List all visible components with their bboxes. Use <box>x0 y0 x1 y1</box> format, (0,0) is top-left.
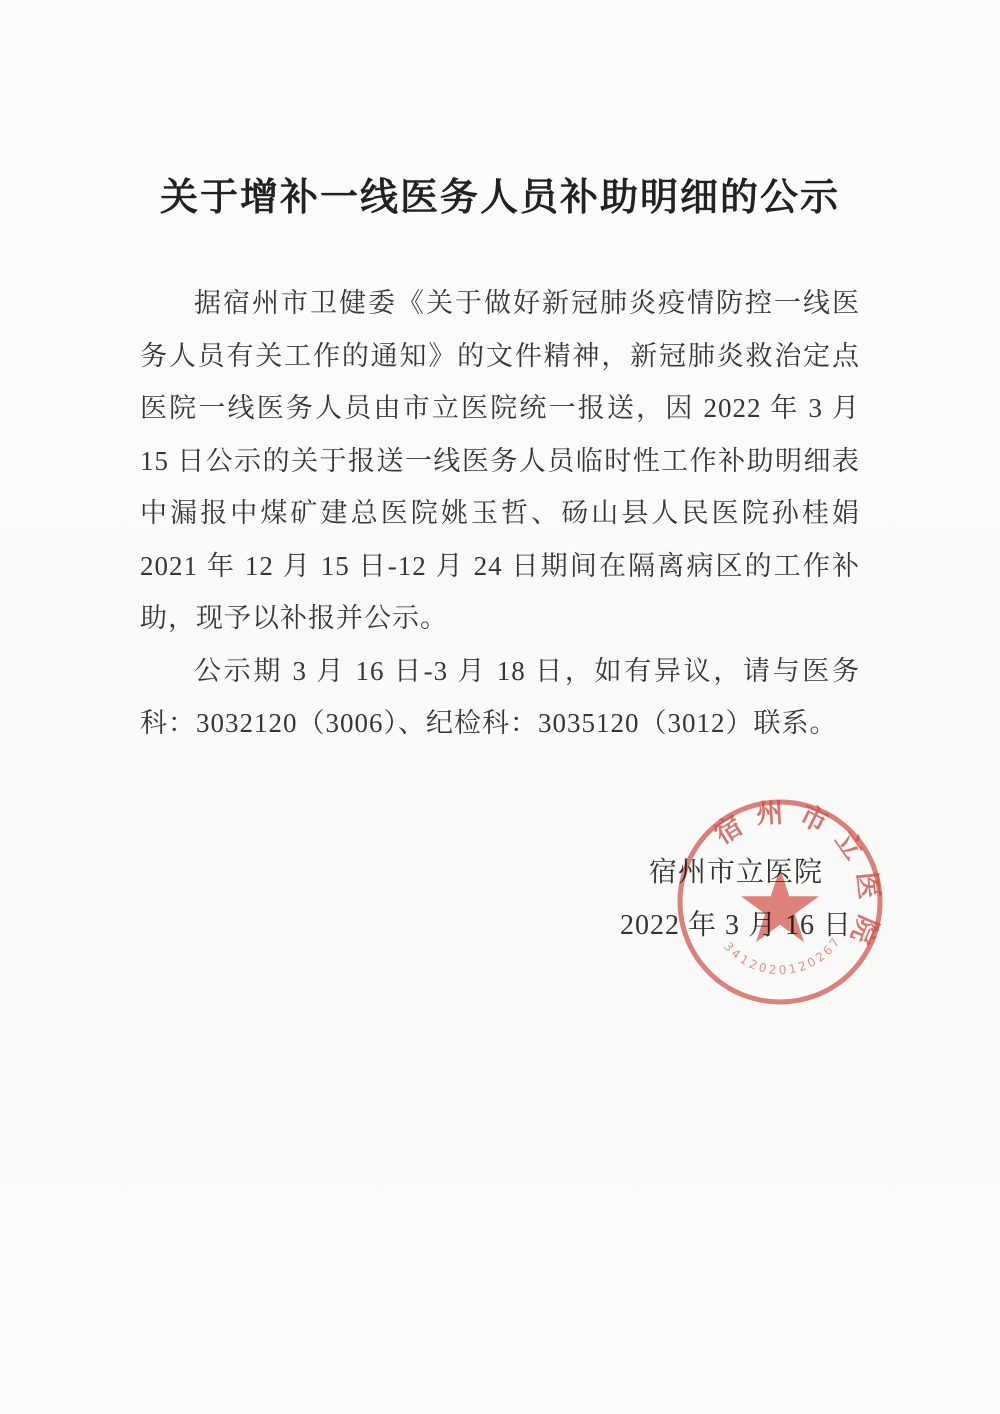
signature-block: 宿州市立医院 2022 年 3 月 16 日 <box>620 846 852 952</box>
body-paragraph: 据宿州市卫健委《关于做好新冠肺炎疫情防控一线医务人员有关工作的通知》的文件精神，… <box>140 277 860 645</box>
signature-date: 2022 年 3 月 16 日 <box>620 899 852 952</box>
notice-page: 关于增补一线医务人员补助明细的公示 据宿州市卫健委《关于做好新冠肺炎疫情防控一线… <box>0 0 1000 1414</box>
document-title: 关于增补一线医务人员补助明细的公示 <box>0 0 1000 225</box>
document-body: 据宿州市卫健委《关于做好新冠肺炎疫情防控一线医务人员有关工作的通知》的文件精神，… <box>140 277 860 750</box>
signature-organization: 宿州市立医院 <box>620 846 852 899</box>
body-paragraph: 公示期 3 月 16 日-3 月 18 日，如有异议，请与医务科：3032120… <box>140 645 860 750</box>
